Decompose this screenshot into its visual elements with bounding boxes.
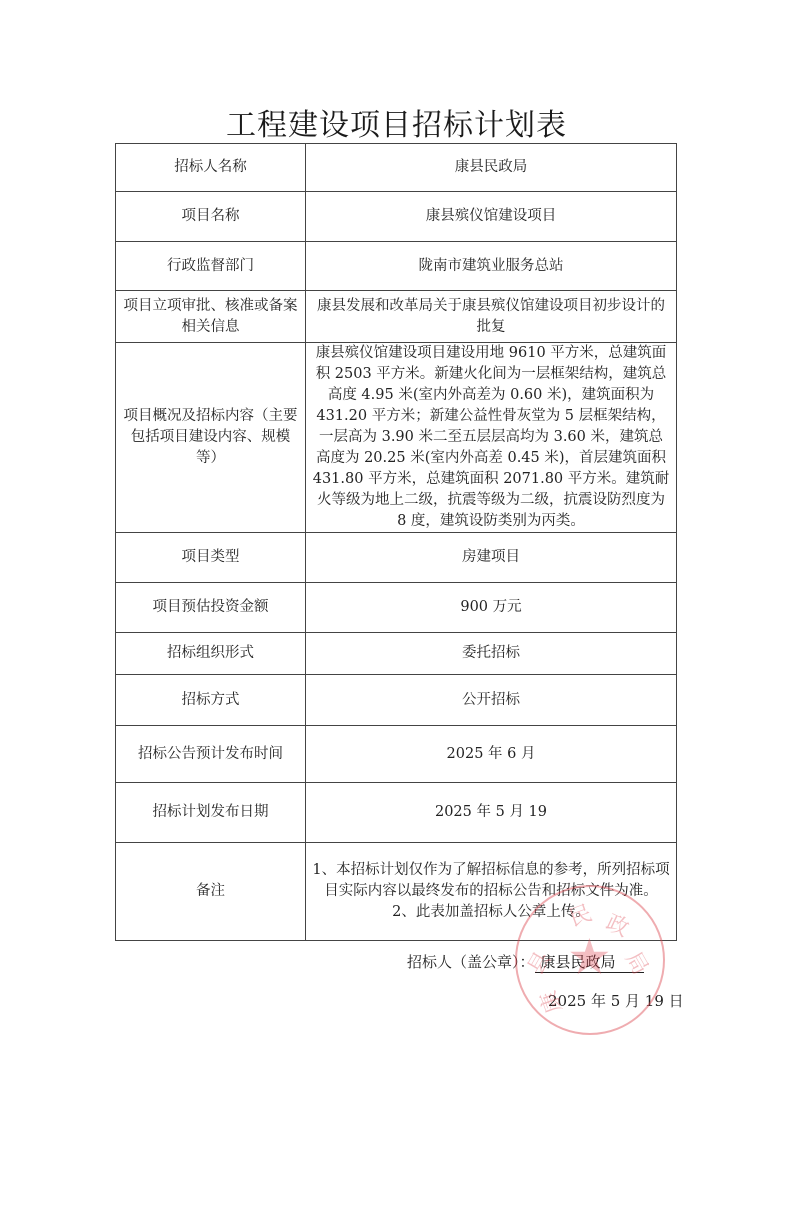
row-value: 900 万元: [306, 583, 677, 633]
row-value: 2025 年 5 月 19: [306, 783, 677, 843]
row-label: 招标公告预计发布时间: [116, 726, 306, 783]
table-row: 招标人名称 康县民政局: [116, 144, 677, 192]
table-row: 项目预估投资金额 900 万元: [116, 583, 677, 633]
table-row: 招标计划发布日期 2025 年 5 月 19: [116, 783, 677, 843]
table-row: 招标方式 公开招标: [116, 675, 677, 726]
table-row: 项目概况及招标内容（主要包括项目建设内容、规模等） 康县殡仪馆建设项目建设用地 …: [116, 343, 677, 533]
row-label: 招标方式: [116, 675, 306, 726]
signature-label: 招标人（盖公章）：: [407, 953, 535, 971]
document-title: 工程建设项目招标计划表: [0, 100, 793, 144]
table-row: 备注 1、本招标计划仅作为了解招标信息的参考，所列招标项目实际内容以最终发布的招…: [116, 843, 677, 941]
row-value: 2025 年 6 月: [306, 726, 677, 783]
row-label: 备注: [116, 843, 306, 941]
remark-line: 1、本招标计划仅作为了解招标信息的参考，所列招标项目实际内容以最终发布的招标公告…: [312, 860, 670, 902]
table-row: 招标组织形式 委托招标: [116, 633, 677, 675]
row-label: 项目预估投资金额: [116, 583, 306, 633]
remark-line: 2、此表加盖招标人公章上传。: [312, 902, 670, 923]
signature-date: 2025 年 5 月 19 日: [548, 990, 684, 1011]
remarks-cell: 1、本招标计划仅作为了解招标信息的参考，所列招标项目实际内容以最终发布的招标公告…: [306, 843, 677, 941]
table-row: 项目类型 房建项目: [116, 533, 677, 583]
row-value: 康县发展和改革局关于康县殡仪馆建设项目初步设计的批复: [306, 291, 677, 343]
table-row: 招标公告预计发布时间 2025 年 6 月: [116, 726, 677, 783]
row-value: 康县殡仪馆建设项目建设用地 9610 平方米，总建筑面积 2503 平方米。新建…: [306, 343, 677, 533]
bidding-plan-table: 招标人名称 康县民政局 项目名称 康县殡仪馆建设项目 行政监督部门 陇南市建筑业…: [115, 143, 677, 941]
row-label: 项目立项审批、核准或备案相关信息: [116, 291, 306, 343]
table-row: 项目立项审批、核准或备案相关信息 康县发展和改革局关于康县殡仪馆建设项目初步设计…: [116, 291, 677, 343]
row-value: 康县民政局: [306, 144, 677, 192]
row-value: 公开招标: [306, 675, 677, 726]
row-value: 康县殡仪馆建设项目: [306, 192, 677, 242]
row-value: 陇南市建筑业服务总站: [306, 242, 677, 291]
row-label: 招标人名称: [116, 144, 306, 192]
row-label: 招标计划发布日期: [116, 783, 306, 843]
signature-line: 招标人（盖公章）：康县民政局: [407, 951, 644, 973]
row-label: 项目名称: [116, 192, 306, 242]
row-label: 项目概况及招标内容（主要包括项目建设内容、规模等）: [116, 343, 306, 533]
row-value: 委托招标: [306, 633, 677, 675]
signature-org: 康县民政局: [535, 951, 644, 973]
row-label: 招标组织形式: [116, 633, 306, 675]
row-value: 房建项目: [306, 533, 677, 583]
table-row: 行政监督部门 陇南市建筑业服务总站: [116, 242, 677, 291]
table-row: 项目名称 康县殡仪馆建设项目: [116, 192, 677, 242]
row-label: 行政监督部门: [116, 242, 306, 291]
row-label: 项目类型: [116, 533, 306, 583]
